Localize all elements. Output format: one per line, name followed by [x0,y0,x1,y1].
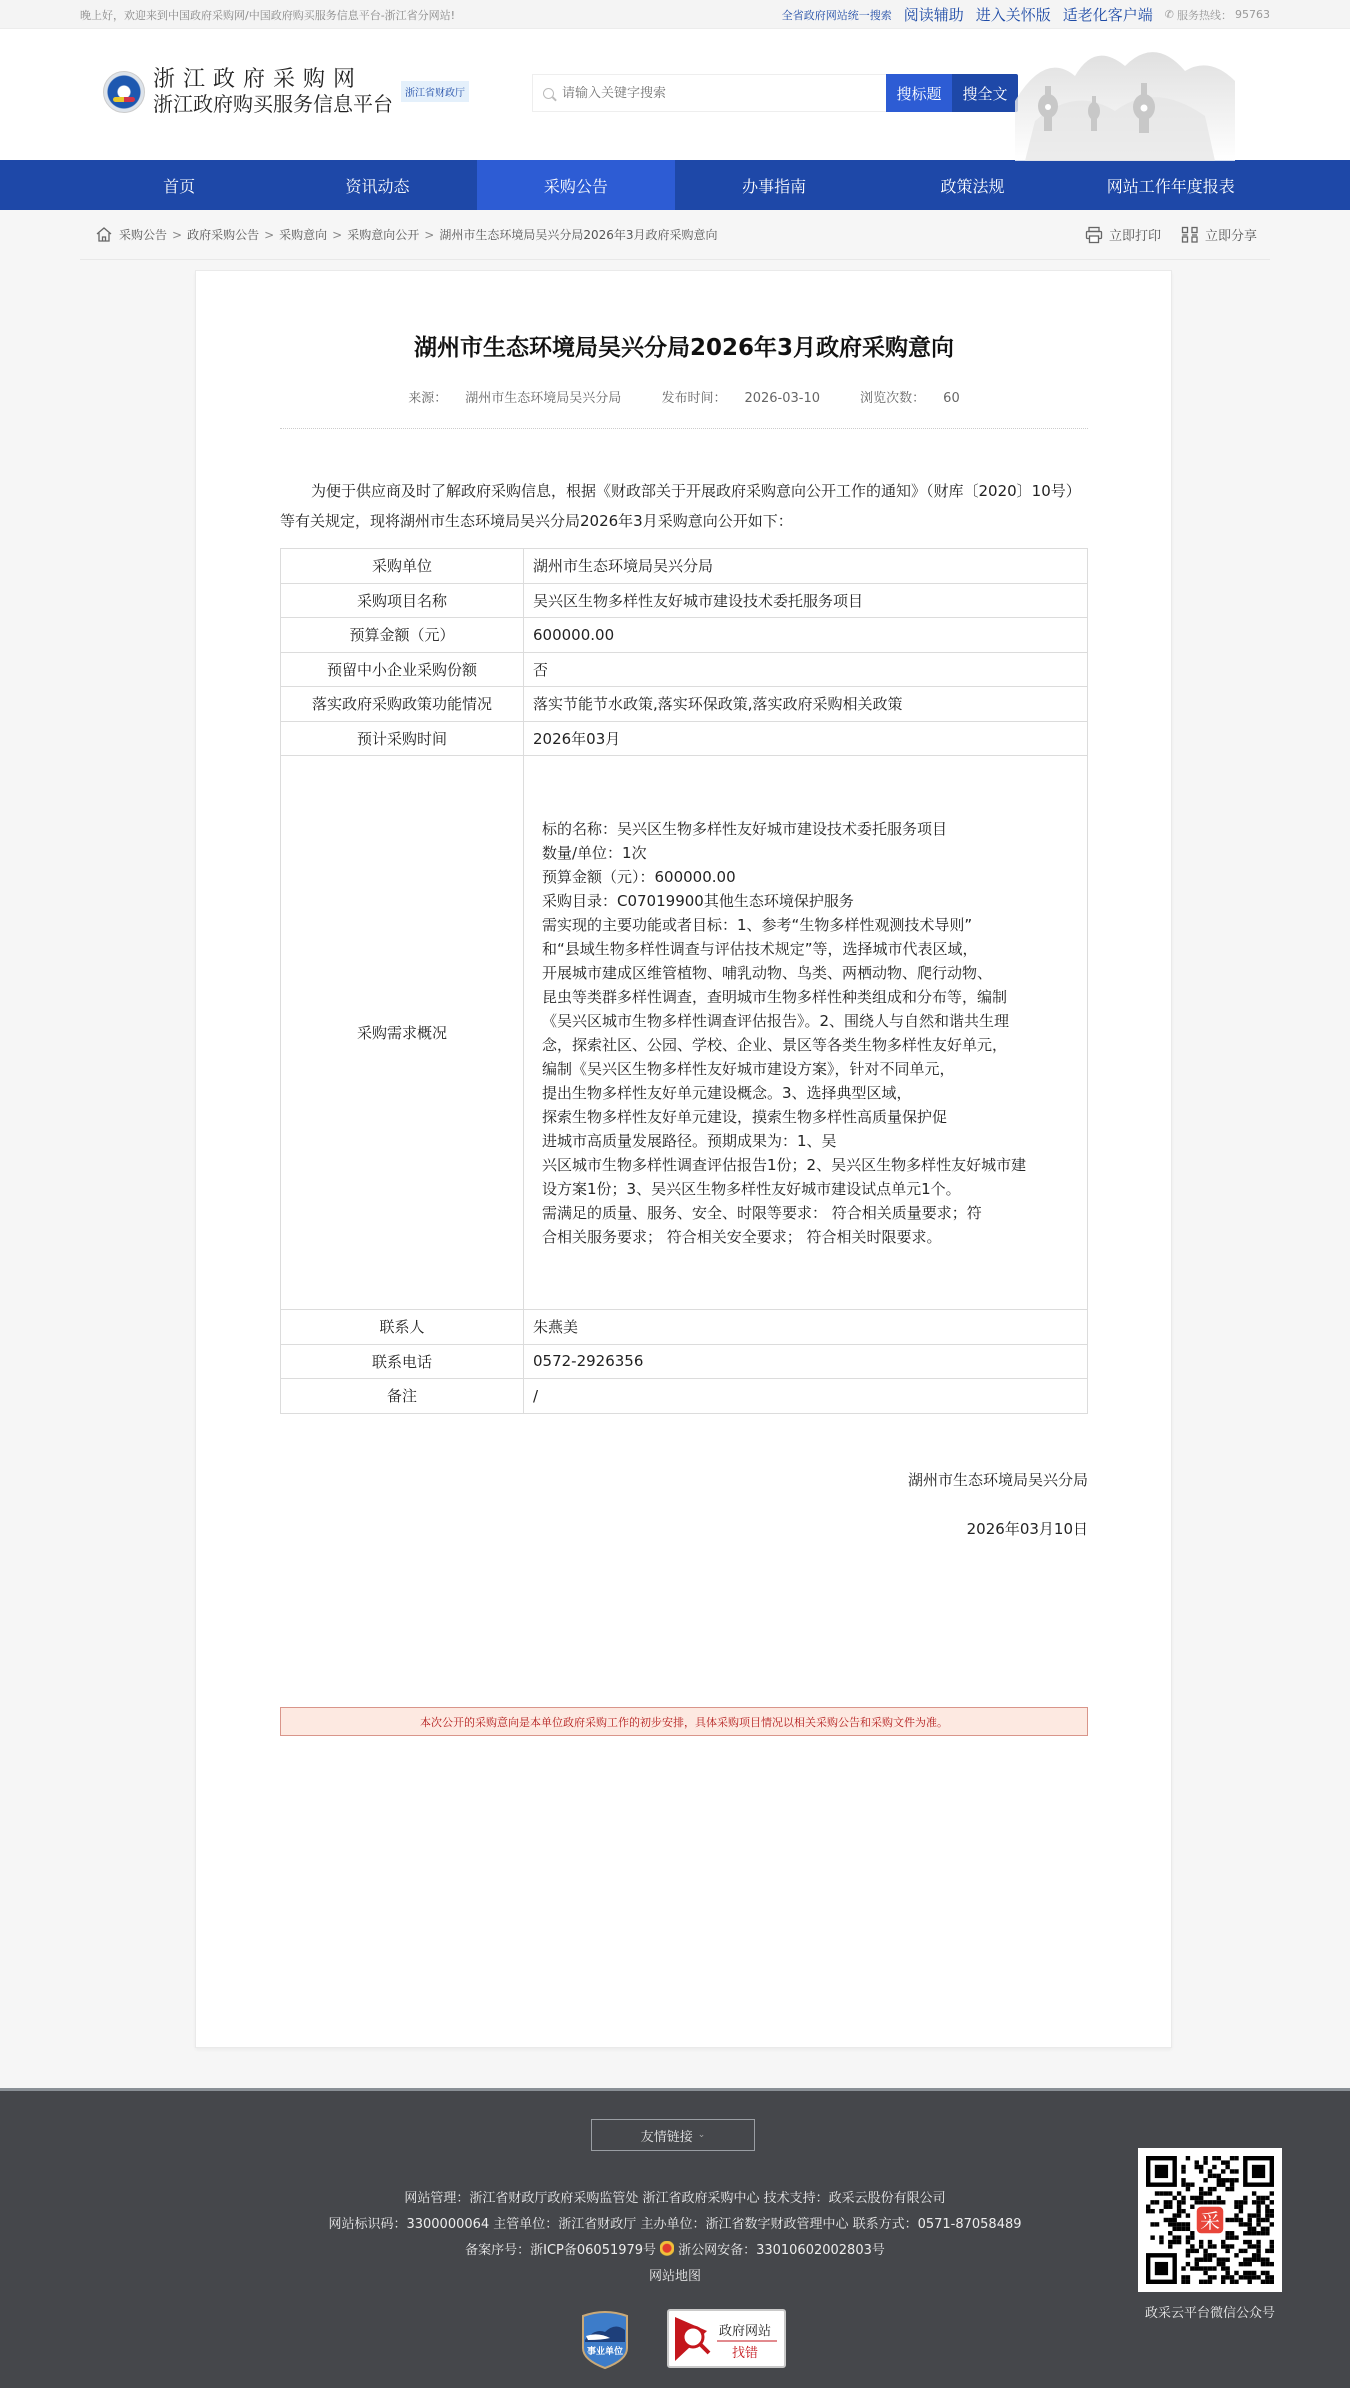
police-badge-icon [660,2241,674,2257]
signature-unit: 湖州市生态环境局吴兴分局 [908,1469,1088,1490]
demand-line: 设方案1份；3、吴兴区生物多样性友好城市建设试点单元1个。 [542,1177,1069,1201]
demand-line: 编制《吴兴区生物多样性友好城市建设方案》，针对不同单元， [542,1057,1069,1081]
top-links: 全省政府网站统一搜索 阅读辅助 进入关怀版 适老化客户端 ✆ 服务热线：9576… [782,4,1270,25]
article-title: 湖州市生态环境局吴兴分局2026年3月政府采购意向 [280,329,1088,362]
article-intro: 为便于供应商及时了解政府采购信息，根据《财政部关于开展政府采购意向公开工作的通知… [280,476,1088,536]
friend-links-dropdown[interactable]: 友情链接 ⌄ [591,2119,755,2151]
site-logo[interactable]: 浙江政府采购网 浙江政府购买服务信息平台 浙江省财政厅 [103,69,469,114]
mountain-pagoda-scenery [1015,31,1235,161]
qr-code-icon [1181,226,1199,244]
search-icon [543,88,554,99]
elderly-client-link[interactable]: 适老化客户端 [1063,4,1153,25]
demand-line: 探索生物多样性友好单元建设，摸索生物多样性高质量保护促 [542,1105,1069,1129]
svg-text:找错: 找错 [732,2345,758,2361]
hotline-number: 95763 [1235,8,1270,21]
search-fulltext-button[interactable]: 搜全文 [952,74,1018,112]
demand-line: 开展城市建成区维管植物、哺乳动物、鸟类、两栖动物、爬行动物、 [542,961,1069,985]
police-record-link[interactable]: 浙公网安备：33010602002803号 [678,2243,885,2258]
article-publish-date: 发布时间：2026-03-10 [652,391,829,406]
sitemap-link[interactable]: 网站地图 [649,2269,701,2284]
signature-date: 2026年03月10日 [967,1518,1088,1539]
svg-text:事业单位: 事业单位 [587,2345,623,2357]
article-views: 浏览次数：60 [851,391,969,406]
demand-line: 兴区城市生物多样性调查评估报告1份；2、吴兴区生物多样性友好城市建 [542,1153,1069,1177]
public-institution-badge[interactable]: 事业单位 [580,2310,630,2370]
nav-item-policy[interactable]: 政策法规 [873,160,1071,210]
table-row: 联系电话0572-2926356 [281,1344,1088,1379]
demand-line: 和“县域生物多样性调查与评估技术规定”等，选择城市代表区域， [542,937,1069,961]
demand-line: 《吴兴区城市生物多样性调查评估报告》。2、围绕人与自然和谐共生理 [542,1009,1069,1033]
demand-line: 数量/单位：1次 [542,841,1069,865]
qr-code: 采 [1138,2148,1282,2292]
breadcrumb-link[interactable]: 采购意向公开 [347,226,419,243]
search-title-button[interactable]: 搜标题 [886,74,952,112]
home-icon[interactable] [95,226,113,243]
divider [280,428,1088,429]
demand-line: 标的名称：吴兴区生物多样性友好城市建设技术委托服务项目 [542,817,1069,841]
share-button[interactable]: 立即分享 [1181,225,1257,244]
top-bar: 晚上好，欢迎来到中国政府采购网/中国政府购买服务信息平台-浙江省分网站! 全省政… [0,0,1350,29]
main-nav: 首页 资讯动态 采购公告 办事指南 政策法规 网站工作年度报表 [0,160,1350,210]
demand-line: 提出生物多样性友好单元建设概念。3、选择典型区域， [542,1081,1069,1105]
svg-text:采: 采 [1200,2210,1220,2233]
demand-line: 需实现的主要功能或者目标：1、参考“生物多样性观测技术导则” [542,913,1069,937]
breadcrumb: 采购公告> 政府采购公告> 采购意向> 采购意向公开> 湖州市生态环境局吴兴分局… [95,226,718,243]
table-row-demand: 采购需求概况 标的名称：吴兴区生物多样性友好城市建设技术委托服务项目数量/单位：… [281,756,1088,1310]
article-source: 来源：湖州市生态环境局吴兴分局 [399,391,630,406]
table-row: 备注/ [281,1379,1088,1414]
header: 浙江政府采购网 浙江政府购买服务信息平台 浙江省财政厅 搜标题 搜全文 [0,29,1350,160]
demand-line: 昆虫等类群多样性调查，查明城市生物多样性种类组成和分布等，编制 [542,985,1069,1009]
nav-item-guide[interactable]: 办事指南 [675,160,873,210]
breadcrumb-link[interactable]: 采购公告 [119,226,167,243]
hotline-label: 服务热线： [1177,7,1232,23]
breadcrumb-current: 湖州市生态环境局吴兴分局2026年3月政府采购意向 [439,226,717,243]
nav-item-home[interactable]: 首页 [80,160,278,210]
demand-line: 采购目录：C07019900其他生态环境保护服务 [542,889,1069,913]
table-row: 采购单位湖州市生态环境局吴兴分局 [281,549,1088,584]
logo-subtitle: 浙江政府购买服务信息平台 [153,94,393,114]
breadcrumb-bar: 采购公告> 政府采购公告> 采购意向> 采购意向公开> 湖州市生态环境局吴兴分局… [80,210,1270,260]
print-button[interactable]: 立即打印 [1085,225,1161,244]
disclaimer-notice: 本次公开的采购意向是本单位政府采购工作的初步安排，具体采购项目情况以相关采购公告… [280,1707,1088,1736]
reading-aid-link[interactable]: 阅读辅助 [904,4,964,25]
search-input[interactable] [562,86,862,101]
icp-link[interactable]: 备案序号：浙ICP备06051979号 [465,2243,656,2258]
unified-search-link[interactable]: 全省政府网站统一搜索 [782,7,892,23]
qr-label: 政采云平台微信公众号 [1138,2302,1282,2321]
demand-line: 念，探索社区、公园、学校、企业、景区等各类生物多样性友好单元， [542,1033,1069,1057]
welcome-text: 晚上好，欢迎来到中国政府采购网/中国政府购买服务信息平台-浙江省分网站! [80,7,455,23]
demand-line: 需满足的质量、服务、安全、时限等要求： 符合相关质量要求；符 [542,1201,1069,1225]
table-row: 预留中小企业采购份额否 [281,652,1088,687]
care-version-link[interactable]: 进入关怀版 [976,4,1051,25]
demand-line: 预算金额（元）：600000.00 [542,865,1069,889]
article-meta: 来源：湖州市生态环境局吴兴分局 发布时间：2026-03-10 浏览次数：60 [280,387,1088,406]
chevron-down-icon: ⌄ [698,2130,706,2140]
phone-icon: ✆ [1165,8,1174,21]
logo-title: 浙江政府采购网 [153,69,393,91]
emblem-icon [103,71,145,113]
table-row: 联系人朱燕美 [281,1310,1088,1345]
demand-description: 标的名称：吴兴区生物多样性友好城市建设技术委托服务项目数量/单位：1次预算金额（… [524,756,1088,1310]
nav-item-annual-report[interactable]: 网站工作年度报表 [1072,160,1270,210]
procurement-info-table: 采购单位湖州市生态环境局吴兴分局 采购项目名称吴兴区生物多样性友好城市建设技术委… [280,548,1088,1414]
hotline: ✆ 服务热线：95763 [1165,7,1270,23]
table-row: 预算金额（元）600000.00 [281,618,1088,653]
demand-line: 进城市高质量发展路径。预期成果为：1、吴 [542,1129,1069,1153]
qr-code-image: 采 [1146,2156,1274,2284]
table-row: 采购项目名称吴兴区生物多样性友好城市建设技术委托服务项目 [281,583,1088,618]
table-row: 落实政府采购政策功能情况落实节能节水政策,落实环保政策,落实政府采购相关政策 [281,687,1088,722]
nav-item-procurement-notice[interactable]: 采购公告 [477,160,675,210]
breadcrumb-link[interactable]: 采购意向 [279,226,327,243]
logo-badge: 浙江省财政厅 [401,81,469,102]
demand-line: 合相关服务要求； 符合相关安全要求； 符合相关时限要求。 [542,1225,1069,1249]
article-tools: 立即打印 立即分享 [1085,225,1257,244]
wechat-qr: 采 政采云平台微信公众号 [1138,2148,1282,2321]
printer-icon [1085,226,1103,244]
breadcrumb-link[interactable]: 政府采购公告 [187,226,259,243]
gov-website-error-report-badge[interactable]: 政府网站 找错 [667,2309,786,2368]
article-card: 湖州市生态环境局吴兴分局2026年3月政府采购意向 来源：湖州市生态环境局吴兴分… [195,270,1172,2048]
table-row: 预计采购时间2026年03月 [281,721,1088,756]
search-box [532,74,887,112]
svg-text:政府网站: 政府网站 [719,2323,771,2339]
nav-item-news[interactable]: 资讯动态 [278,160,476,210]
